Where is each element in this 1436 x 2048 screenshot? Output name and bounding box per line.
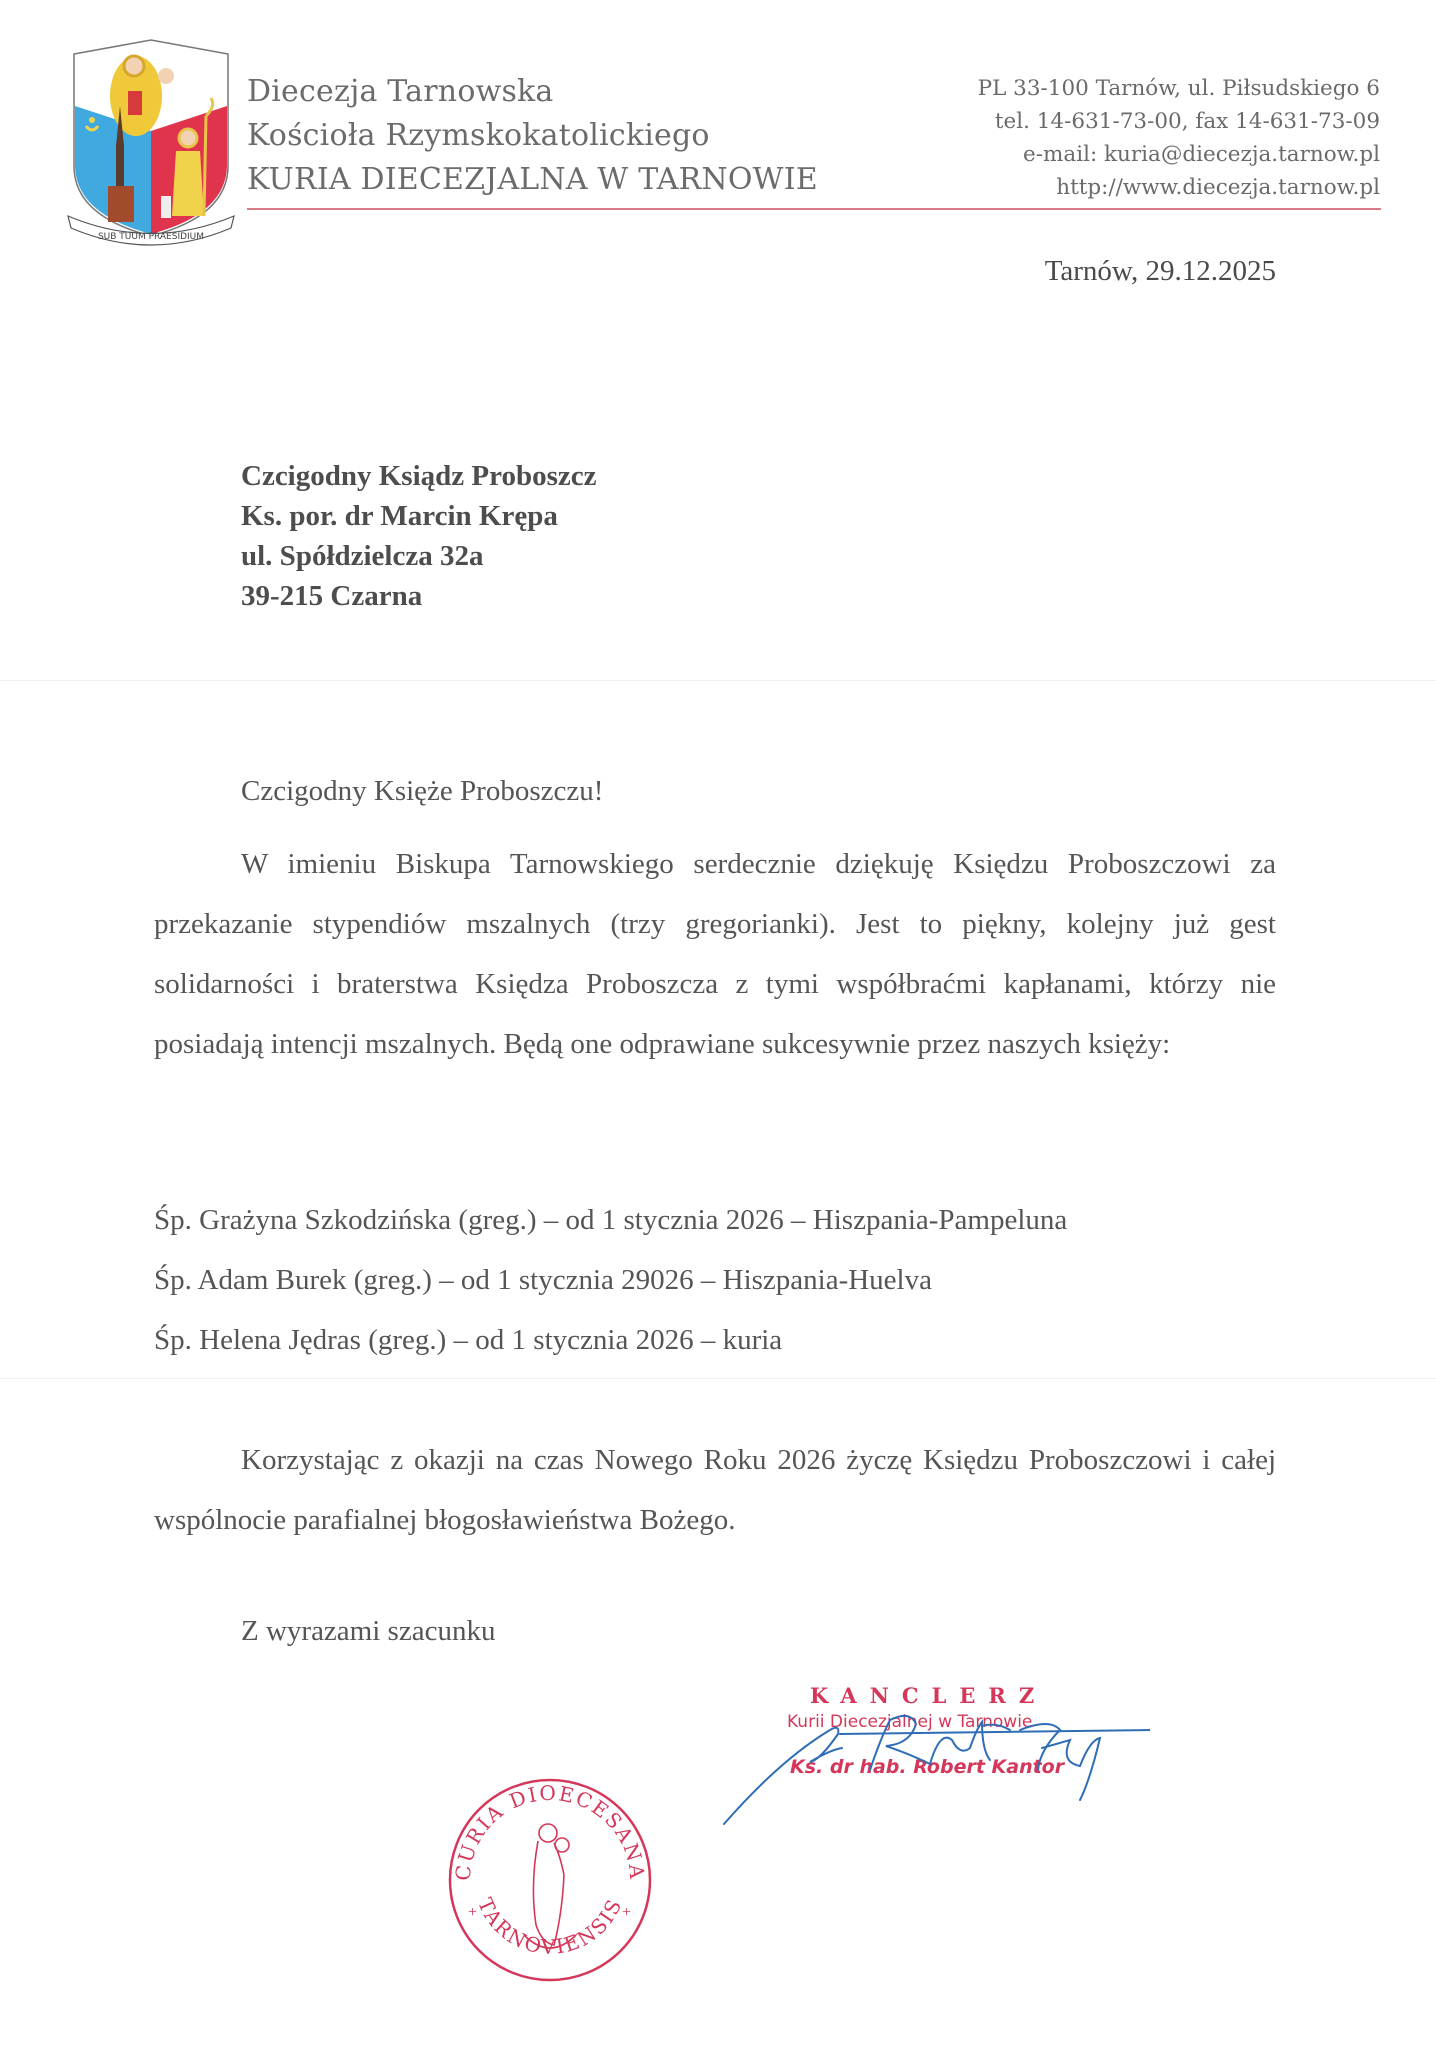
recipient-line-3: ul. Spółdzielcza 32a [241, 536, 597, 576]
paper-fold-line [0, 680, 1436, 681]
body-paragraph-2: Korzystając z okazji na czas Nowego Roku… [154, 1430, 1276, 1550]
body-paragraph-1: W imieniu Biskupa Tarnowskiego serdeczni… [154, 834, 1276, 1074]
letterhead-divider [247, 208, 1381, 210]
diocese-crest-icon: SUB TUUM PRAESIDIUM [66, 36, 236, 251]
mass-intentions-list: Śp. Grażyna Szkodzińska (greg.) – od 1 s… [154, 1190, 1067, 1370]
list-item: Śp. Adam Burek (greg.) – od 1 stycznia 2… [154, 1250, 1067, 1310]
organization-name: Diecezja Tarnowska Kościoła Rzymskokatol… [247, 70, 818, 202]
svg-text:CURIA DIOECESANA: CURIA DIOECESANA [451, 1781, 650, 1882]
salutation: Czcigodny Księże Proboszczu! [241, 775, 603, 808]
recipient-line-4: 39-215 Czarna [241, 576, 597, 616]
email-address[interactable]: e-mail: kuria@diecezja.tarnow.pl [978, 138, 1380, 171]
org-line-2: Kościoła Rzymskokatolickiego [247, 114, 818, 158]
contact-info: PL 33-100 Tarnów, ul. Piłsudskiego 6 tel… [978, 72, 1380, 204]
date-line: Tarnów, 29.12.2025 [1045, 255, 1276, 288]
closing-phrase: Z wyrazami szacunku [241, 1615, 495, 1648]
list-item: Śp. Helena Jędras (greg.) – od 1 styczni… [154, 1310, 1067, 1370]
paper-fold-line [0, 1378, 1436, 1379]
website-link[interactable]: http://www.diecezja.tarnow.pl [978, 171, 1380, 204]
postal-address: PL 33-100 Tarnów, ul. Piłsudskiego 6 [978, 72, 1380, 105]
svg-text:+: + [622, 1904, 631, 1921]
svg-text:SUB TUUM PRAESIDIUM: SUB TUUM PRAESIDIUM [98, 232, 204, 242]
phone-fax: tel. 14-631-73-00, fax 14-631-73-09 [978, 105, 1380, 138]
svg-text:+: + [468, 1904, 477, 1921]
handwritten-signature-icon [720, 1700, 1150, 1830]
svg-text:TARNOVIENSIS: TARNOVIENSIS [473, 1894, 627, 1959]
org-line-1: Diecezja Tarnowska [247, 70, 818, 114]
org-line-3: KURIA DIECEZJALNA W TARNOWIE [247, 158, 818, 202]
recipient-line-1: Czcigodny Ksiądz Proboszcz [241, 456, 597, 496]
recipient-address: Czcigodny Ksiądz Proboszcz Ks. por. dr M… [241, 456, 597, 616]
list-item: Śp. Grażyna Szkodzińska (greg.) – od 1 s… [154, 1190, 1067, 1250]
recipient-line-2: Ks. por. dr Marcin Krępa [241, 496, 597, 536]
official-seal-icon: CURIA DIOECESANA TARNOVIENSIS + + [440, 1775, 660, 1985]
